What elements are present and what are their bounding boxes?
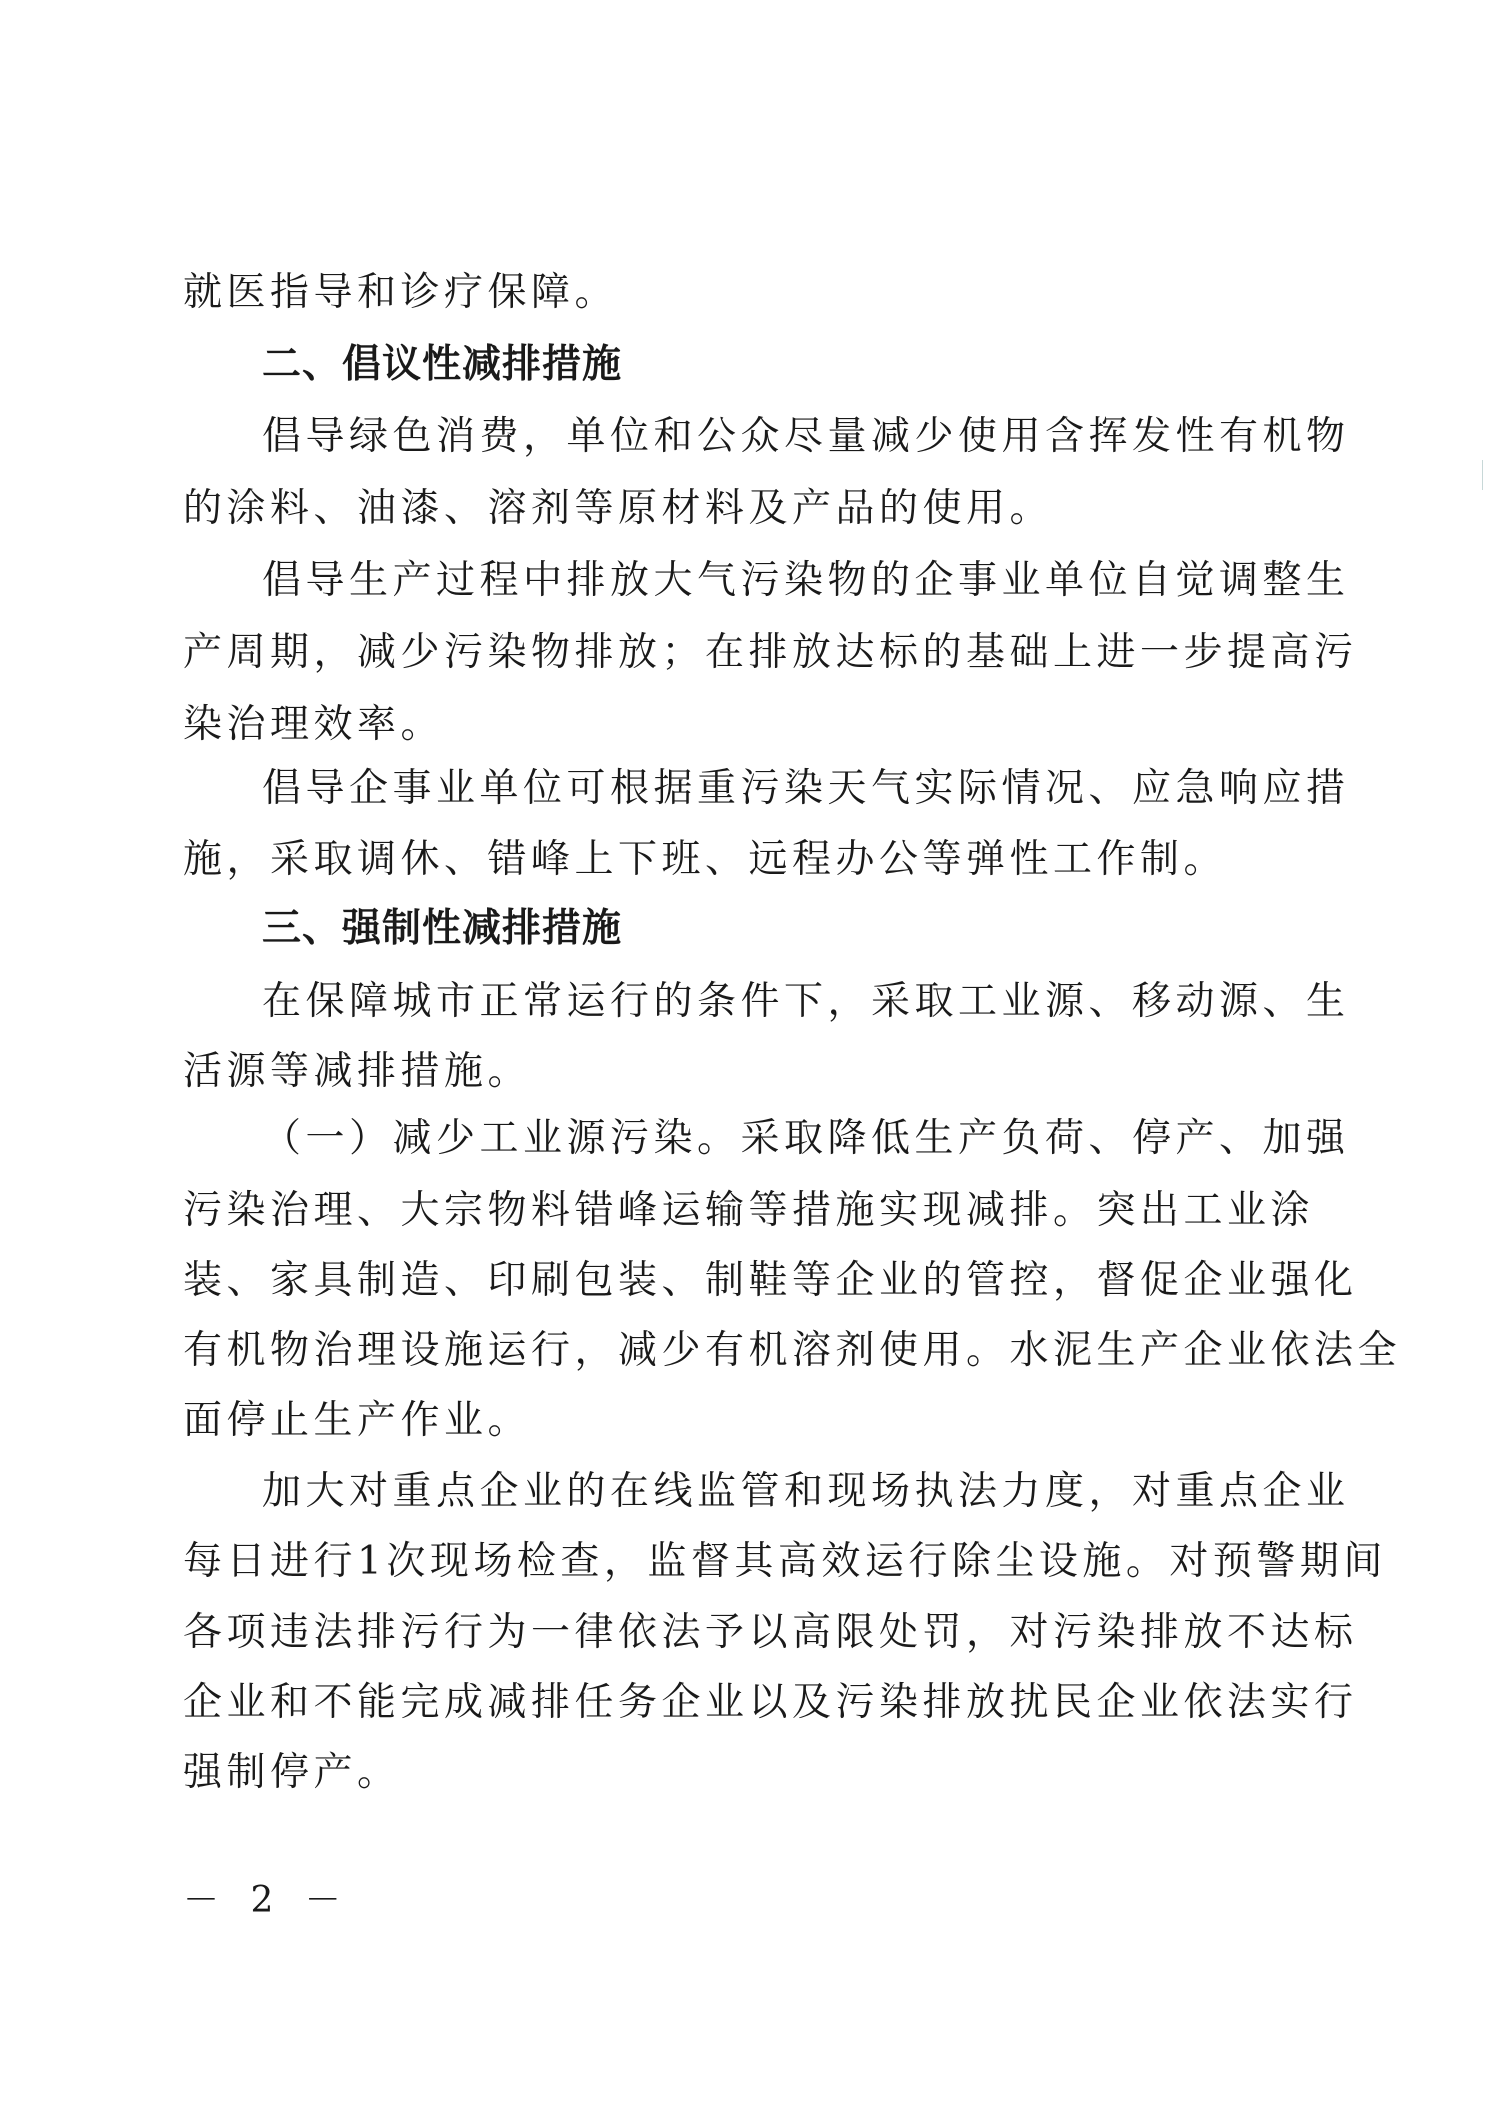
paragraph-line: 活源等减排措施。 <box>183 1047 531 1097</box>
paragraph-line: 倡导绿色消费，单位和公众尽量减少使用含挥发性有机物 <box>262 412 1350 462</box>
paragraph-line: 倡导生产过程中排放大气污染物的企事业单位自觉调整生 <box>262 556 1350 606</box>
scan-artifact <box>1482 460 1483 490</box>
paragraph-line: 施，采取调休、错峰上下班、远程办公等弹性工作制。 <box>183 835 1227 885</box>
paragraph-line: 加大对重点企业的在线监管和现场执法力度，对重点企业 <box>262 1467 1350 1517</box>
paragraph-line: 倡导企事业单位可根据重污染天气实际情况、应急响应措 <box>262 764 1350 814</box>
paragraph-line: 污染治理、大宗物料错峰运输等措施实现减排。突出工业涂 <box>183 1186 1314 1236</box>
paragraph-line: 在保障城市正常运行的条件下，采取工业源、移动源、生 <box>262 977 1350 1027</box>
paragraph-line: （一）减少工业源污染。采取降低生产负荷、停产、加强 <box>262 1114 1350 1164</box>
paragraph-line: 有机物治理设施运行，减少有机溶剂使用。水泥生产企业依法全 <box>183 1326 1401 1376</box>
paragraph-line: 就医指导和诊疗保障。 <box>183 268 618 318</box>
paragraph-line: 的涂料、油漆、溶剂等原材料及产品的使用。 <box>183 484 1053 534</box>
paragraph-line: 产周期，减少污染物排放；在排放达标的基础上进一步提高污 <box>183 628 1358 678</box>
paragraph-line: 装、家具制造、印刷包装、制鞋等企业的管控，督促企业强化 <box>183 1256 1358 1306</box>
section-heading-3: 三、强制性减排措施 <box>262 904 622 954</box>
paragraph-line: 染治理效率。 <box>183 700 444 750</box>
paragraph-line: 每日进行1次现场检查，监督其高效运行除尘设施。对预警期间 <box>183 1537 1387 1587</box>
paragraph-line: 企业和不能完成减排任务企业以及污染排放扰民企业依法实行 <box>183 1678 1358 1728</box>
paragraph-line: 面停止生产作业。 <box>183 1396 531 1446</box>
paragraph-line: 各项违法排污行为一律依法予以高限处罚，对污染排放不达标 <box>183 1608 1358 1658</box>
page-number: － 2 － <box>183 1872 351 1923</box>
section-heading-2: 二、倡议性减排措施 <box>262 340 622 390</box>
paragraph-line: 强制停产。 <box>183 1748 401 1798</box>
